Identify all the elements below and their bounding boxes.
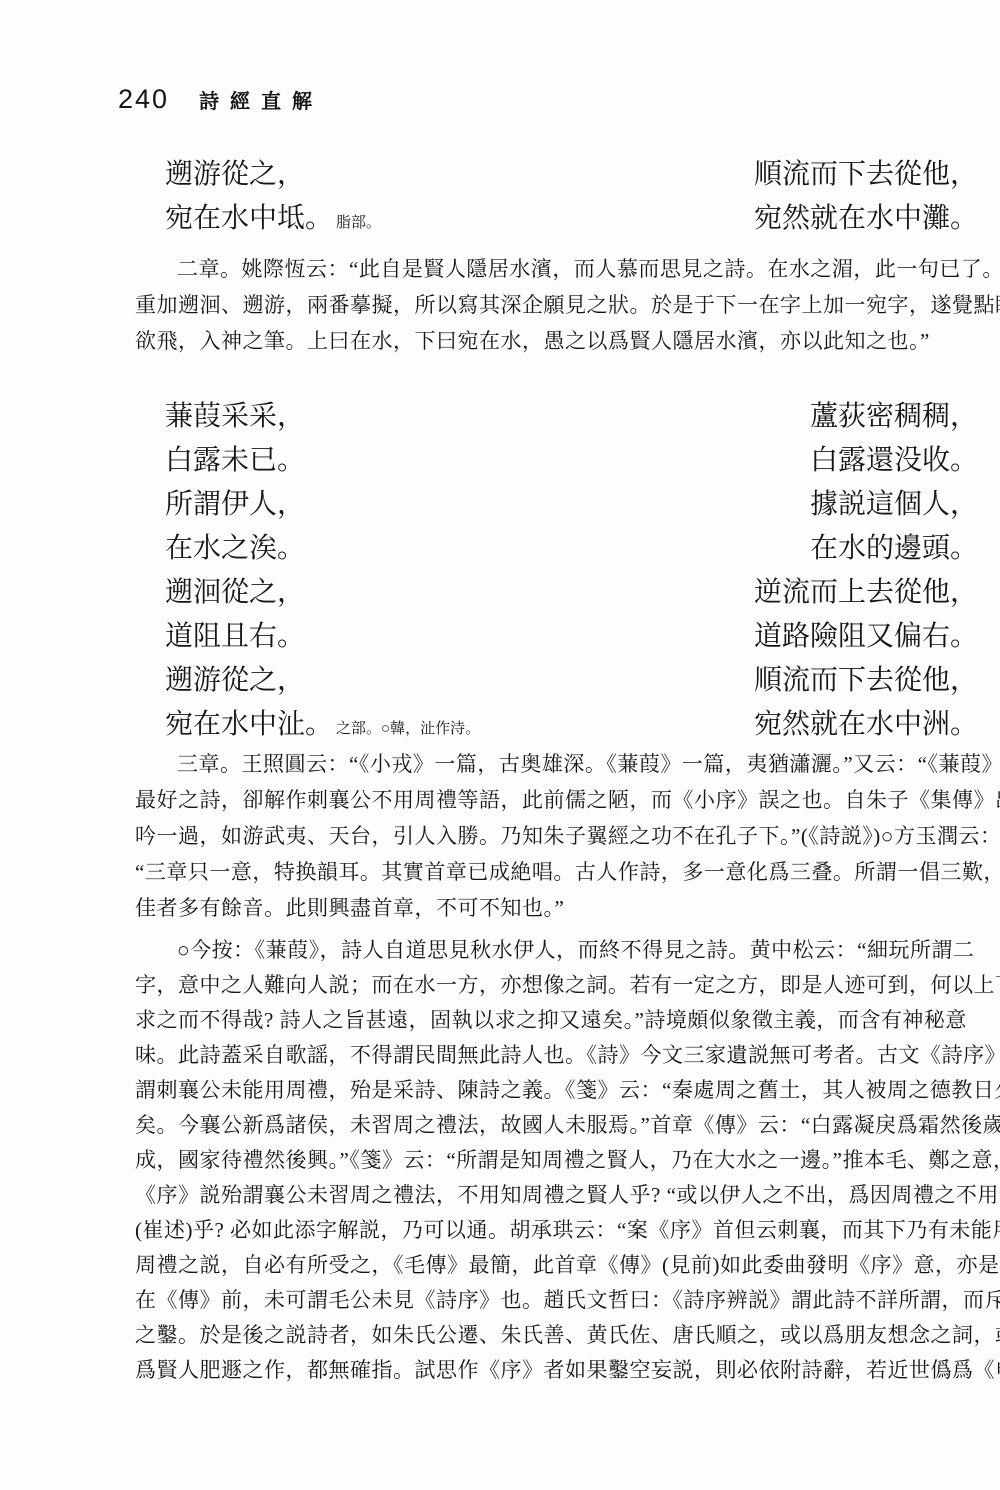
commentary-line: 成，國家待禮然後興。”《箋》云：“所謂是知周禮之賢人，乃在大水之一邊。”推本毛、… (135, 1143, 978, 1178)
poem-line-translation: 據説這個人， (810, 482, 978, 522)
commentary-line: ○今按：《蒹葭》，詩人自道思見秋水伊人，而終不得見之詩。黄中松云：“細玩所謂二 (135, 933, 978, 968)
poem-row: 遡游從之， 順流而下去從他， (135, 152, 978, 196)
poem-chapter2-end: 遡游從之， 順流而下去從他， 宛在水中坻。脂部。 宛然就在水中灘。 (135, 152, 978, 240)
commentary-line: 吟一過，如游武夷、天台，引人入勝。乃知朱子翼經之功不在孔子下。”(《詩説》)○方… (135, 818, 978, 854)
poem-line-original: 宛在水中沚。之部。○韓，沚作洔。 (165, 702, 480, 742)
commentary-line: 佳者多有餘音。此則興盡首章，不可不知也。” (135, 890, 978, 926)
commentary-line: 求之而不得哉? 詩人之旨甚遠，固執以求之抑又遠矣。”詩境頗似象徵主義，而含有神秘… (135, 1003, 978, 1038)
poem-line-translation: 蘆荻密稠稠， (810, 394, 978, 434)
poem-line-translation: 在水的邊頭。 (810, 526, 978, 566)
phonology-note: 脂部。 (336, 215, 381, 231)
poem-text: 遡洄從之， (165, 577, 305, 608)
commentary-line: 最好之詩，卻解作刺襄公不用周禮等語，此前儒之陋，而《小序》誤之也。自朱子《集傳》… (135, 782, 978, 818)
poem-text: 所謂伊人， (165, 489, 305, 520)
poem-row: 遡游從之， 順流而下去從他， (135, 658, 978, 702)
poem-line-original: 宛在水中坻。脂部。 (165, 196, 381, 236)
poem-row: 道阻且右。 道路險阻又偏右。 (135, 614, 978, 658)
poem-row: 所謂伊人， 據説這個人， (135, 482, 978, 526)
commentary-line: (崔述)乎? 必如此添字解説，乃可以通。胡承珙云：“案《序》首但云刺襄，而其下乃… (135, 1213, 978, 1248)
commentary-line: 味。此詩蓋采自歌謡，不得謂民間無此詩人也。《詩》今文三家遺説無可考者。古文《詩序… (135, 1038, 978, 1073)
commentary-line: 二章。姚際恆云：“此自是賢人隱居水濱，而人慕而思見之詩。在水之湄，此一句已了。 (135, 251, 978, 287)
poem-line-original: 道阻且右。 (165, 614, 308, 654)
poem-line-translation: 順流而下去從他， (754, 658, 978, 698)
poem-line-original: 遡游從之， (165, 658, 308, 698)
commentary-line: 字，意中之人難向人説；而在水一方，亦想像之詞。若有一定之方，即是人迹可到，何以上… (135, 968, 978, 1003)
commentary-chapter3: 三章。王照圓云：“《小戎》一篇，古奥雄深。《蒹葭》一篇，夷猶瀟灑。”又云：“《蒹… (135, 746, 978, 926)
commentary-line: 三章。王照圓云：“《小戎》一篇，古奥雄深。《蒹葭》一篇，夷猶瀟灑。”又云：“《蒹… (135, 746, 978, 782)
poem-text: 宛在水中沚。 (165, 709, 333, 740)
poem-line-translation: 逆流而上去從他， (754, 570, 978, 610)
poem-line-original: 所謂伊人， (165, 482, 308, 522)
running-header: 240 詩經直解 (118, 84, 323, 115)
phonology-note: 之部。○韓，沚作洔。 (336, 721, 480, 737)
book-title: 詩經直解 (199, 85, 323, 114)
poem-text: 蒹葭采采， (165, 401, 305, 432)
editor-note: ○今按：《蒹葭》，詩人自道思見秋水伊人，而終不得見之詩。黄中松云：“細玩所謂二 … (135, 933, 978, 1388)
poem-row: 宛在水中沚。之部。○韓，沚作洔。 宛然就在水中洲。 (135, 702, 978, 746)
poem-line-translation: 宛然就在水中灘。 (754, 196, 978, 236)
poem-line-translation: 道路險阻又偏右。 (754, 614, 978, 654)
poem-text: 遡游從之， (165, 665, 305, 696)
poem-text: 宛在水中坻。 (165, 203, 333, 234)
poem-chapter3: 蒹葭采采， 蘆荻密稠稠， 白露未已。 白露還没收。 所謂伊人， 據説這個人， 在… (135, 394, 978, 746)
commentary-line: 在《傳》前，未可謂毛公未見《詩序》也。趙氏文哲曰：《詩序辨説》謂此詩不詳所謂，而… (135, 1283, 978, 1318)
commentary-line: 爲賢人肥遯之作，都無確指。試思作《序》者如果鑿空妄説，則必依附詩辭，若近世僞爲《… (135, 1353, 978, 1388)
poem-text: 道阻且右。 (165, 621, 305, 652)
poem-line-original: 遡游從之， (165, 152, 308, 192)
poem-line-translation: 順流而下去從他， (754, 152, 978, 192)
poem-row: 白露未已。 白露還没收。 (135, 438, 978, 482)
commentary-chapter2: 二章。姚際恆云：“此自是賢人隱居水濱，而人慕而思見之詩。在水之湄，此一句已了。 … (135, 251, 978, 359)
commentary-line: 矣。今襄公新爲諸侯，未習周之禮法，故國人未服焉。”首章《傳》云：“白露凝戾爲霜然… (135, 1108, 978, 1143)
commentary-line: 周禮之説，自必有所受之，《毛傳》最簡，此首章《傳》(見前)如此委曲發明《序》意，… (135, 1248, 978, 1283)
poem-line-original: 蒹葭采采， (165, 394, 308, 434)
commentary-line: “三章只一意，特换韻耳。其實首章已成絶唱。古人作詩，多一意化爲三叠。所謂一倡三歎… (135, 854, 978, 890)
commentary-line: 《序》説殆謂襄公未習周之禮法，不用知周禮之賢人乎? “或以伊人之不出，爲因周禮之… (135, 1178, 978, 1213)
poem-line-translation: 宛然就在水中洲。 (754, 702, 978, 742)
poem-text: 在水之涘。 (165, 533, 305, 564)
page-number: 240 (118, 84, 169, 115)
poem-row: 宛在水中坻。脂部。 宛然就在水中灘。 (135, 196, 978, 240)
commentary-line: 欲飛，入神之筆。上曰在水，下曰宛在水，愚之以爲賢人隱居水濱，亦以此知之也。” (135, 323, 978, 359)
poem-text: 遡游從之， (165, 159, 305, 190)
poem-row: 在水之涘。 在水的邊頭。 (135, 526, 978, 570)
commentary-line: 之鑿。於是後之説詩者，如朱氏公遷、朱氏善、黄氏佐、唐氏順之，或以爲朋友想念之詞，… (135, 1318, 978, 1353)
poem-line-original: 白露未已。 (165, 438, 308, 478)
poem-row: 蒹葭采采， 蘆荻密稠稠， (135, 394, 978, 438)
poem-line-original: 遡洄從之， (165, 570, 308, 610)
poem-line-translation: 白露還没收。 (810, 438, 978, 478)
commentary-line: 謂刺襄公未能用周禮，殆是采詩、陳詩之義。《箋》云：“秦處周之舊土，其人被周之德教… (135, 1073, 978, 1108)
poem-row: 遡洄從之， 逆流而上去從他， (135, 570, 978, 614)
poem-line-original: 在水之涘。 (165, 526, 308, 566)
commentary-line: 重加遡洄、遡游，兩番摹擬，所以寫其深企願見之狀。於是于下一在字上加一宛字，遂覺點… (135, 287, 978, 323)
book-page: 240 詩經直解 遡游從之， 順流而下去從他， 宛在水中坻。脂部。 宛然就在水中… (0, 0, 1000, 1490)
poem-text: 白露未已。 (165, 445, 305, 476)
